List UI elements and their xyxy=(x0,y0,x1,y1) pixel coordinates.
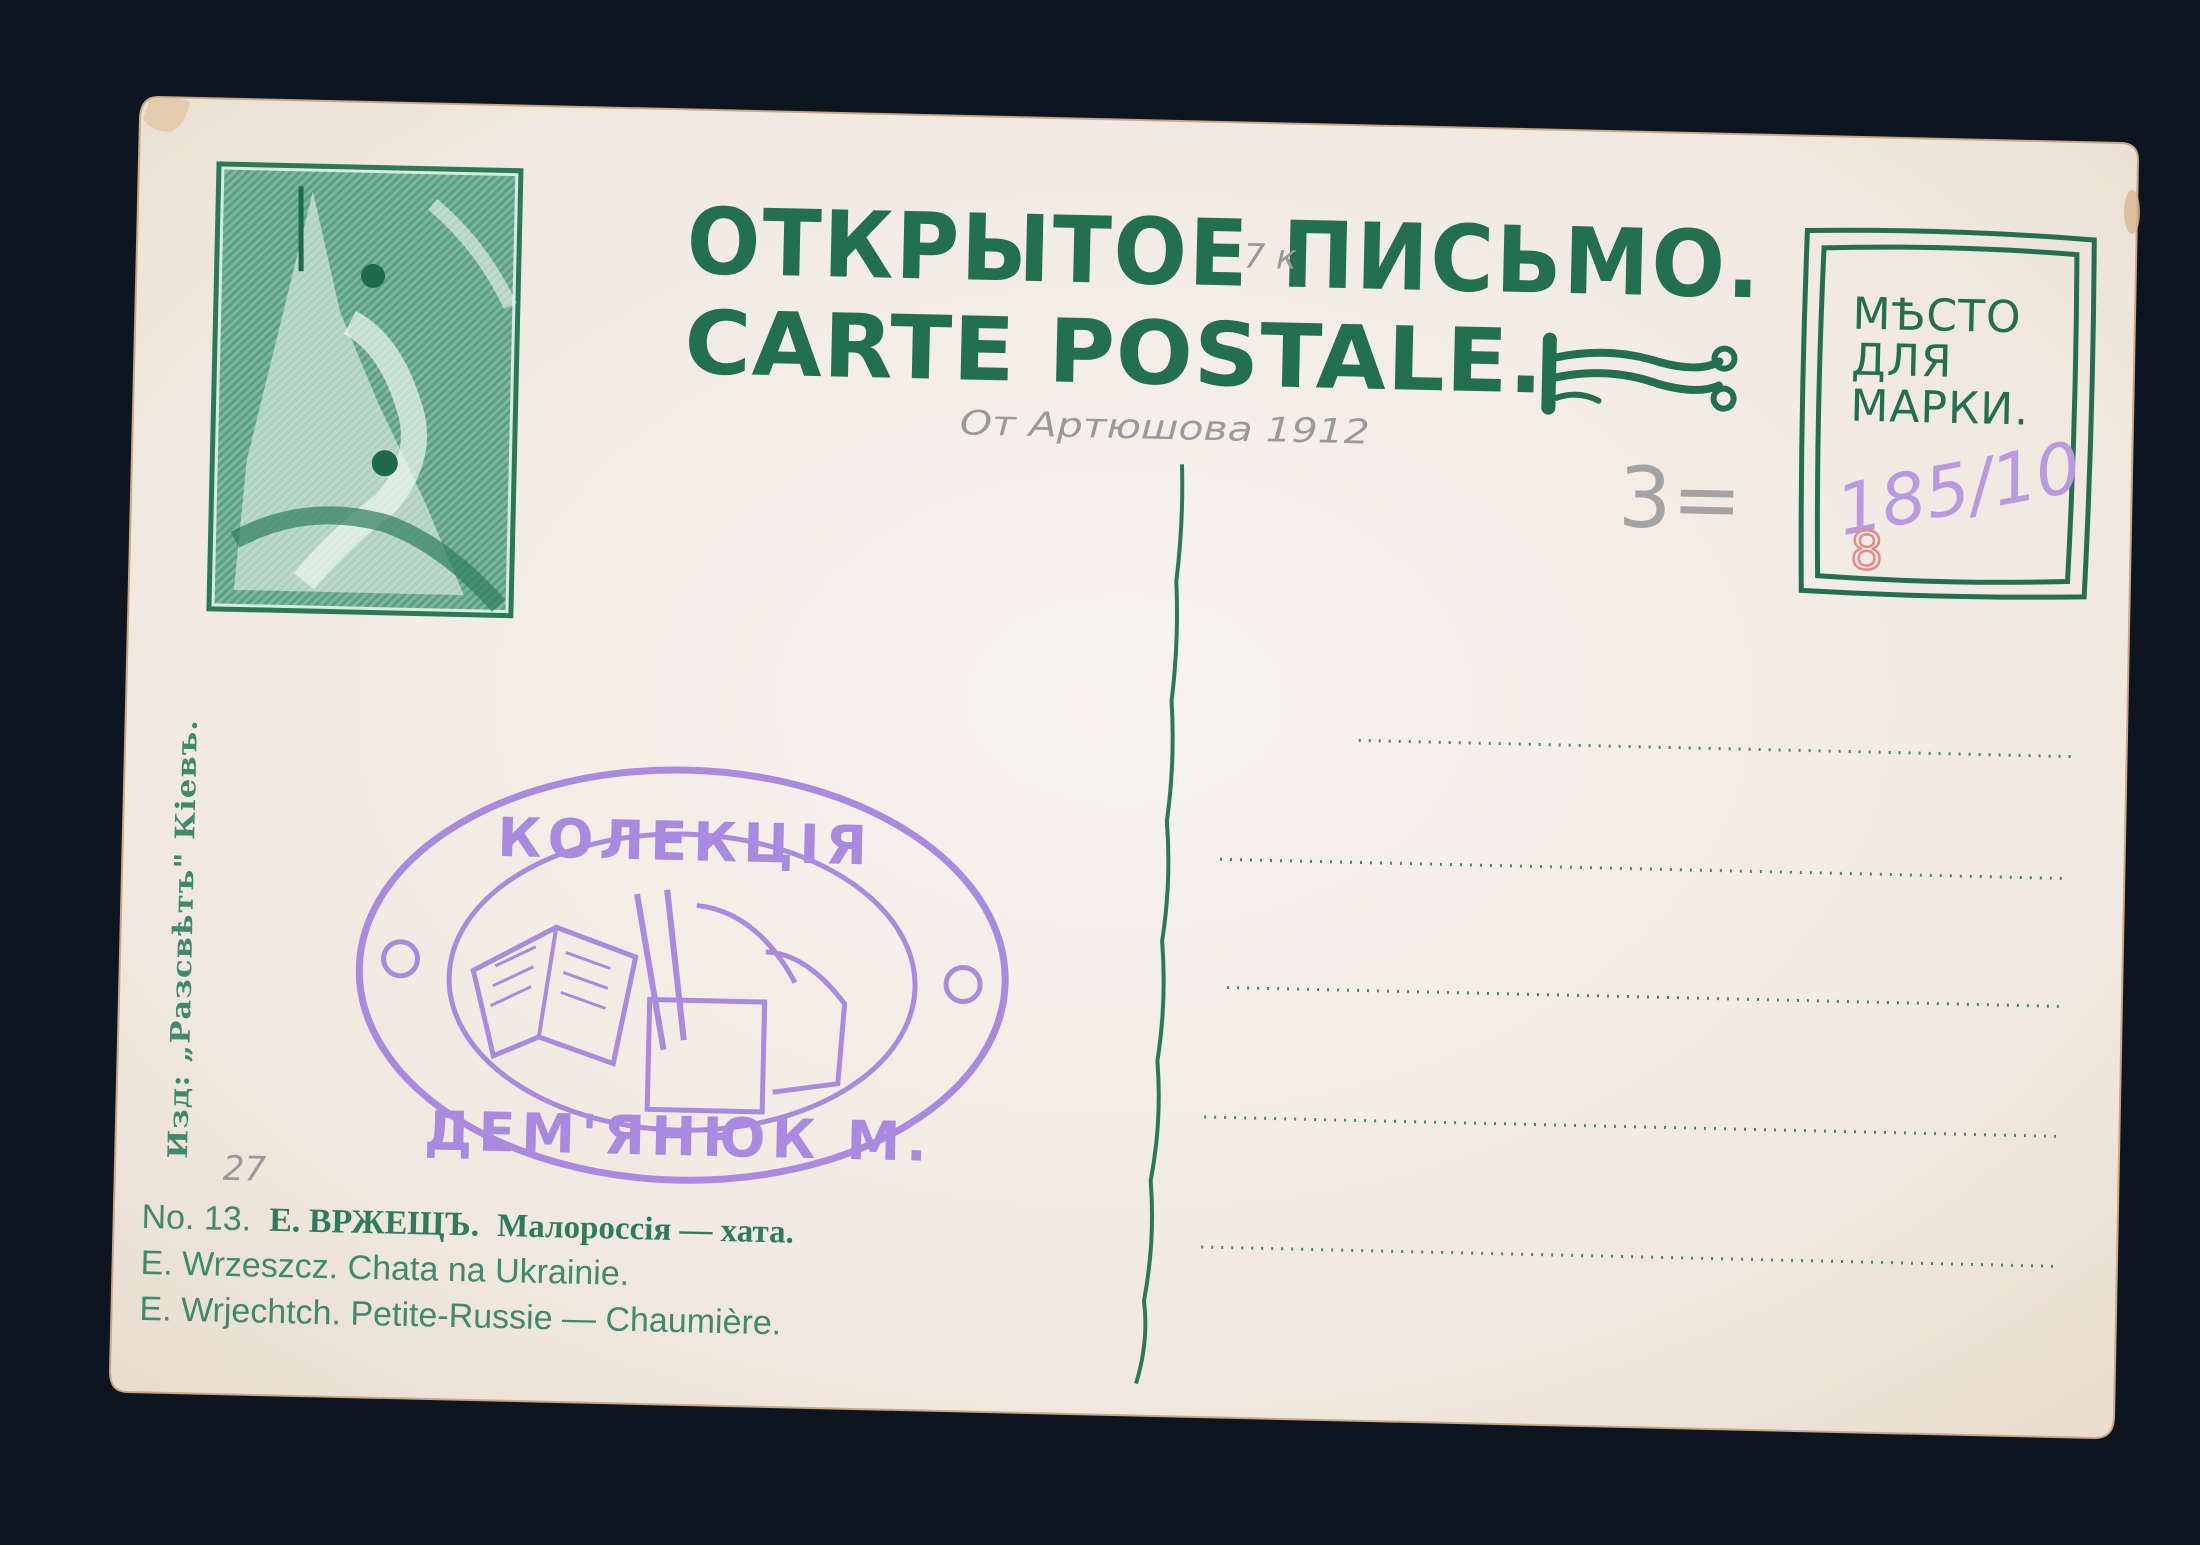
pencil-corner-note: 27 xyxy=(222,1149,267,1190)
collector-stamp-bottom-text: ДЕМ'ЯНЮК М. xyxy=(424,1099,934,1174)
caption-number: No. 13. xyxy=(141,1198,251,1238)
stamp-box-line2: ДЛЯ xyxy=(1851,334,1953,387)
collector-stamp-top-text: КОЛЕКЦІЯ xyxy=(497,806,874,878)
vignette-illustration xyxy=(206,161,523,618)
title-french: CARTE POSTALE. xyxy=(683,291,1545,413)
caption-artist-ru: Е. ВРЖЕЩЪ. xyxy=(269,1202,480,1244)
worn-spot xyxy=(2124,190,2140,234)
red-pencil-note: 8 xyxy=(1849,522,1883,583)
stamp-box-line3: МАРКИ. xyxy=(1850,380,2030,435)
pencil-mark-small: 7 к xyxy=(1243,237,1297,278)
postcard-scan: ОТКРЫТОЕ ПИСЬМО. CARTE POSTALE. 7 к МѢСТ… xyxy=(0,0,2200,1545)
pencil-price-note: 3= xyxy=(1617,448,1743,549)
caption-title-ru: Малороссія — хата. xyxy=(497,1208,794,1251)
